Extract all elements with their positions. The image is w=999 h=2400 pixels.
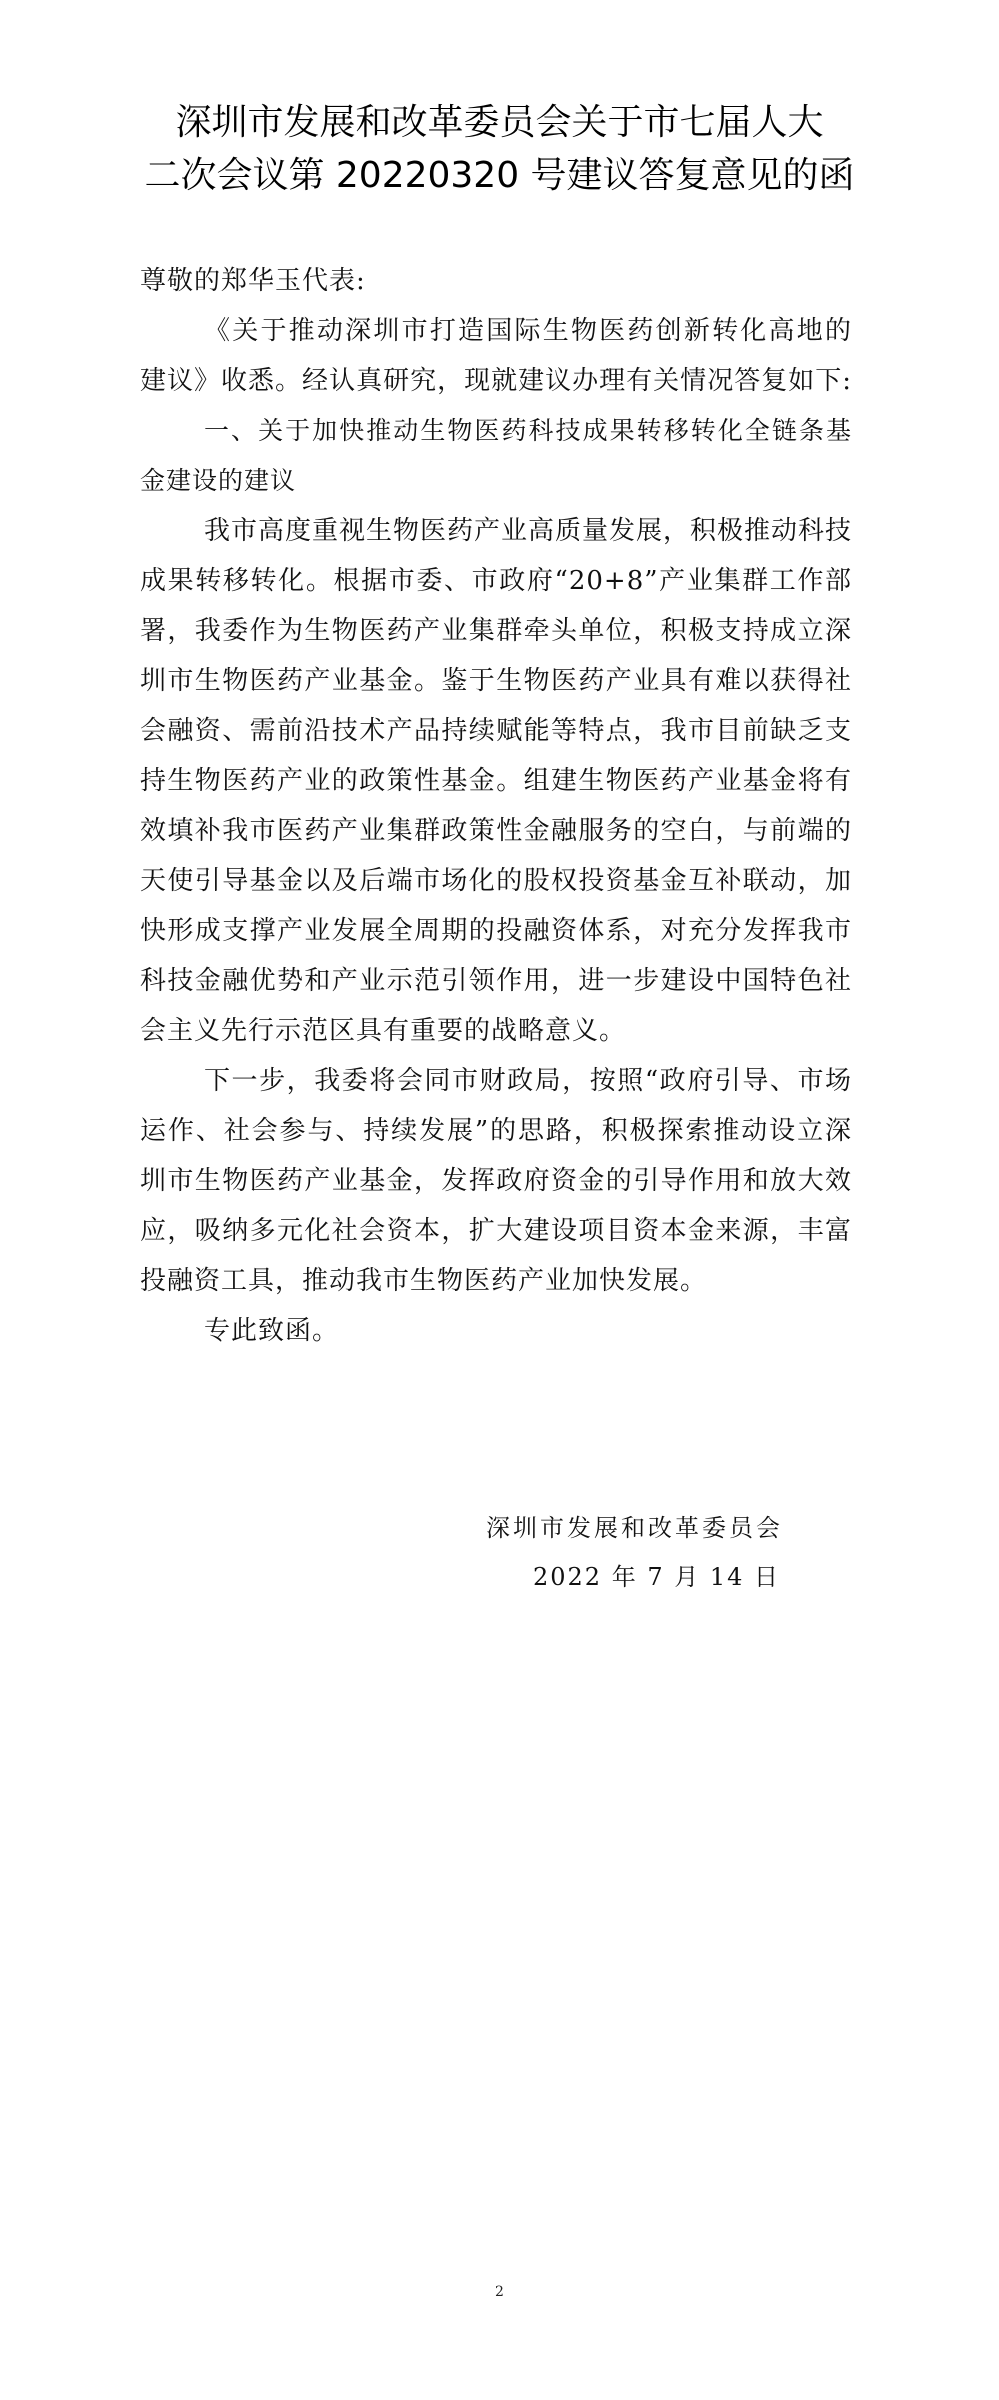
section-heading-line: 金建设的建议 bbox=[140, 456, 852, 506]
salutation: 尊敬的郑华玉代表: bbox=[140, 256, 852, 306]
title-line: 二次会议第 20220320 号建议答复意见的函 bbox=[0, 149, 999, 202]
paragraph-line: 圳市生物医药产业基金，发挥政府资金的引导作用和放大效 bbox=[140, 1156, 852, 1206]
signature-date: 2022 年 7 月 14 日 bbox=[533, 1557, 780, 1597]
intro-line: 建议》收悉。经认真研究，现就建议办理有关情况答复如下: bbox=[140, 356, 852, 406]
paragraph-line: 投融资工具，推动我市生物医药产业加快发展。 bbox=[140, 1256, 852, 1306]
paragraph-line: 持生物医药产业的政策性基金。组建生物医药产业基金将有 bbox=[140, 756, 852, 806]
paragraph-line: 署，我委作为生物医药产业集群牵头单位，积极支持成立深 bbox=[140, 606, 852, 656]
document-body: 尊敬的郑华玉代表: 《关于推动深圳市打造国际生物医药创新转化高地的 建议》收悉。… bbox=[140, 256, 852, 1356]
document-title: 深圳市发展和改革委员会关于市七届人大 二次会议第 20220320 号建议答复意… bbox=[0, 96, 999, 202]
paragraph-line: 我市高度重视生物医药产业高质量发展，积极推动科技 bbox=[140, 506, 852, 556]
paragraph-line: 会主义先行示范区具有重要的战略意义。 bbox=[140, 1006, 852, 1056]
paragraph-line: 运作、社会参与、持续发展”的思路，积极探索推动设立深 bbox=[140, 1106, 852, 1156]
paragraph-line: 科技金融优势和产业示范引领作用，进一步建设中国特色社 bbox=[140, 956, 852, 1006]
document-page: 深圳市发展和改革委员会关于市七届人大 二次会议第 20220320 号建议答复意… bbox=[0, 0, 999, 2400]
closing-line: 专此致函。 bbox=[140, 1306, 852, 1356]
paragraph-line: 应，吸纳多元化社会资本，扩大建设项目资本金来源，丰富 bbox=[140, 1206, 852, 1256]
intro-line: 《关于推动深圳市打造国际生物医药创新转化高地的 bbox=[140, 306, 852, 356]
paragraph-line: 下一步，我委将会同市财政局，按照“政府引导、市场 bbox=[140, 1056, 852, 1106]
title-line: 深圳市发展和改革委员会关于市七届人大 bbox=[0, 96, 999, 149]
page-number: 2 bbox=[0, 2284, 999, 2300]
paragraph-line: 圳市生物医药产业基金。鉴于生物医药产业具有难以获得社 bbox=[140, 656, 852, 706]
paragraph-line: 天使引导基金以及后端市场化的股权投资基金互补联动，加 bbox=[140, 856, 852, 906]
section-heading-line: 一、关于加快推动生物医药科技成果转移转化全链条基 bbox=[140, 406, 852, 456]
paragraph-line: 快形成支撑产业发展全周期的投融资体系，对充分发挥我市 bbox=[140, 906, 852, 956]
paragraph-line: 效填补我市医药产业集群政策性金融服务的空白，与前端的 bbox=[140, 806, 852, 856]
paragraph-line: 成果转移转化。根据市委、市政府“20+8”产业集群工作部 bbox=[140, 556, 852, 606]
signature: 深圳市发展和改革委员会 bbox=[486, 1508, 783, 1548]
paragraph-line: 会融资、需前沿技术产品持续赋能等特点，我市目前缺乏支 bbox=[140, 706, 852, 756]
